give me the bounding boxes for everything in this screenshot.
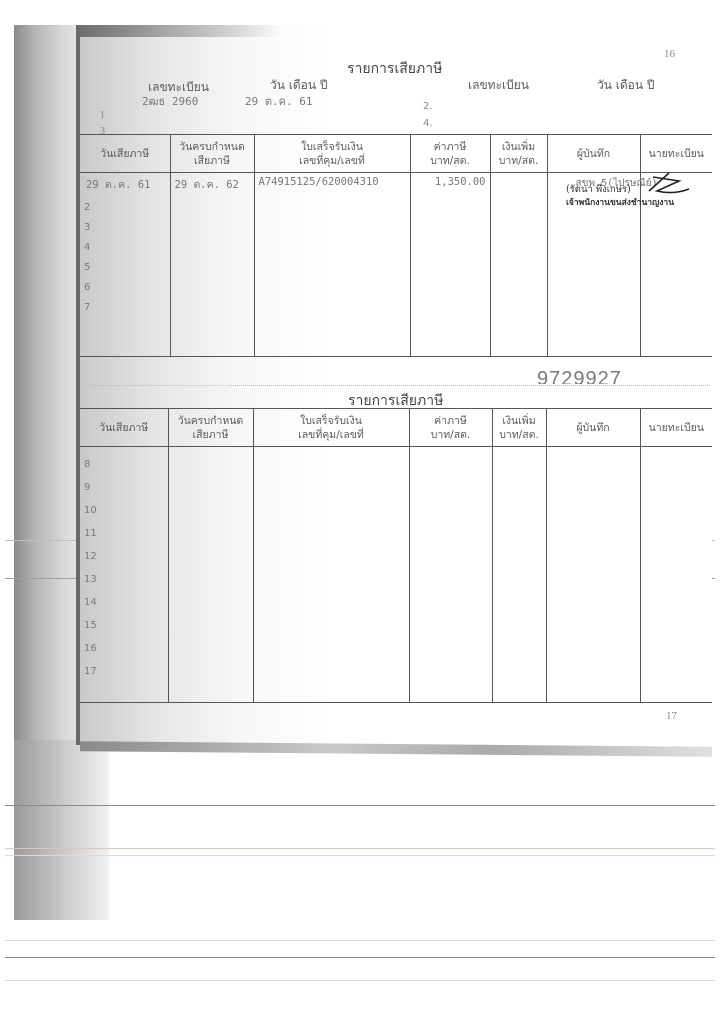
row-number: 9 bbox=[80, 476, 168, 499]
recorder-cell bbox=[546, 447, 640, 703]
receipt-cell bbox=[253, 447, 409, 703]
surcharge-cell bbox=[490, 173, 547, 357]
registration-label-right: เลขทะเบียน bbox=[468, 76, 529, 95]
col-tax-amount: ค่าภาษีบาท/สต. bbox=[409, 409, 492, 447]
due-date-cell bbox=[168, 447, 253, 703]
row-number: 8 bbox=[80, 453, 168, 476]
registrar-cell bbox=[640, 447, 712, 703]
row-number: 14 bbox=[80, 591, 168, 614]
tax-date-cell: 29 ต.ค. 61 2 3 4 5 6 7 bbox=[80, 173, 170, 357]
registrar-name: (รัตนา พึ่งเกษร) bbox=[566, 184, 631, 195]
surcharge bbox=[491, 173, 547, 179]
surcharge-cell bbox=[492, 447, 546, 703]
scan-line bbox=[5, 940, 715, 941]
scan-line bbox=[5, 957, 715, 958]
col-surcharge: เงินเพิ่มบาท/สต. bbox=[492, 409, 546, 447]
perforation-line bbox=[90, 385, 710, 386]
col-tax-amount: ค่าภาษีบาท/สต. bbox=[410, 135, 490, 173]
row-number: 4 bbox=[80, 238, 170, 258]
upper-section-title: รายการเสียภาษี bbox=[347, 58, 442, 80]
col-registrar: นายทะเบียน bbox=[640, 135, 712, 173]
due-date: 29 ต.ค. 62 bbox=[171, 173, 254, 196]
entry-marker-1: 1 bbox=[100, 110, 105, 121]
lower-tax-table: วันเสียภาษี วันครบกำหนดเสียภาษี ใบเสร็จร… bbox=[80, 408, 712, 703]
registrar-title: เจ้าพนักงานขนส่งชำนาญงาน bbox=[566, 198, 674, 209]
col-tax-date: วันเสียภาษี bbox=[80, 409, 168, 447]
tax-amount-cell: 1,350.00 bbox=[410, 173, 490, 357]
table-row: 8 9 10 11 12 13 14 15 16 17 bbox=[80, 447, 712, 703]
scan-shadow-bottom bbox=[14, 740, 109, 920]
col-due-date: วันครบกำหนดเสียภาษี bbox=[170, 135, 254, 173]
scan-line bbox=[5, 855, 715, 856]
lower-header-row: วันเสียภาษี วันครบกำหนดเสียภาษี ใบเสร็จร… bbox=[80, 409, 712, 447]
row-number: 5 bbox=[80, 258, 170, 278]
row-number: 2 bbox=[80, 198, 170, 218]
row-number: 15 bbox=[80, 614, 168, 637]
signature-icon bbox=[643, 169, 693, 197]
registration-value: 2ฒธ 2960 bbox=[142, 92, 198, 110]
date-value: 29 ต.ค. 61 bbox=[245, 92, 312, 110]
scan-line bbox=[5, 805, 715, 806]
page-number-top: 16 bbox=[664, 48, 675, 60]
page-top-edge bbox=[80, 25, 280, 37]
tax-date-cell: 8 9 10 11 12 13 14 15 16 17 bbox=[80, 447, 168, 703]
scan-line bbox=[5, 848, 715, 849]
upper-tax-table: วันเสียภาษี วันครบกำหนดเสียภาษี ใบเสร็จร… bbox=[80, 134, 712, 357]
receipt-number: A74915125/620004310 bbox=[255, 173, 410, 191]
upper-header-row: วันเสียภาษี วันครบกำหนดเสียภาษี ใบเสร็จร… bbox=[80, 135, 712, 173]
row-number: 3 bbox=[80, 218, 170, 238]
scan-line bbox=[5, 980, 715, 981]
row-number: 10 bbox=[80, 499, 168, 522]
col-receipt: ใบเสร็จรับเงินเลขที่คุม/เลขที่ bbox=[253, 409, 409, 447]
col-receipt: ใบเสร็จรับเงินเลขที่คุม/เลขที่ bbox=[254, 135, 410, 173]
stamp-number: 9729927 bbox=[533, 370, 626, 384]
col-recorder: ผู้บันทึก bbox=[546, 409, 640, 447]
row-number: 17 bbox=[80, 660, 168, 683]
page-number-bottom: 17 bbox=[666, 710, 677, 722]
date-label-right: วัน เดือน ปี bbox=[597, 76, 655, 95]
entry-marker-2: 2. bbox=[423, 101, 433, 112]
due-date-cell: 29 ต.ค. 62 bbox=[170, 173, 254, 357]
col-due-date: วันครบกำหนดเสียภาษี bbox=[168, 409, 253, 447]
row-number: 16 bbox=[80, 637, 168, 660]
row-number: 12 bbox=[80, 545, 168, 568]
tax-amount-cell bbox=[409, 447, 492, 703]
row-number: 11 bbox=[80, 522, 168, 545]
receipt-cell: A74915125/620004310 bbox=[254, 173, 410, 357]
col-tax-date: วันเสียภาษี bbox=[80, 135, 170, 173]
col-registrar: นายทะเบียน bbox=[640, 409, 712, 447]
col-recorder: ผู้บันทึก bbox=[547, 135, 640, 173]
tax-date: 29 ต.ค. 61 bbox=[80, 173, 170, 196]
col-surcharge: เงินเพิ่มบาท/สต. bbox=[490, 135, 547, 173]
row-number: 7 bbox=[80, 298, 170, 318]
tax-amount: 1,350.00 bbox=[411, 173, 490, 191]
row-number: 13 bbox=[80, 568, 168, 591]
row-number: 6 bbox=[80, 278, 170, 298]
entry-marker-4: 4. bbox=[423, 118, 433, 129]
